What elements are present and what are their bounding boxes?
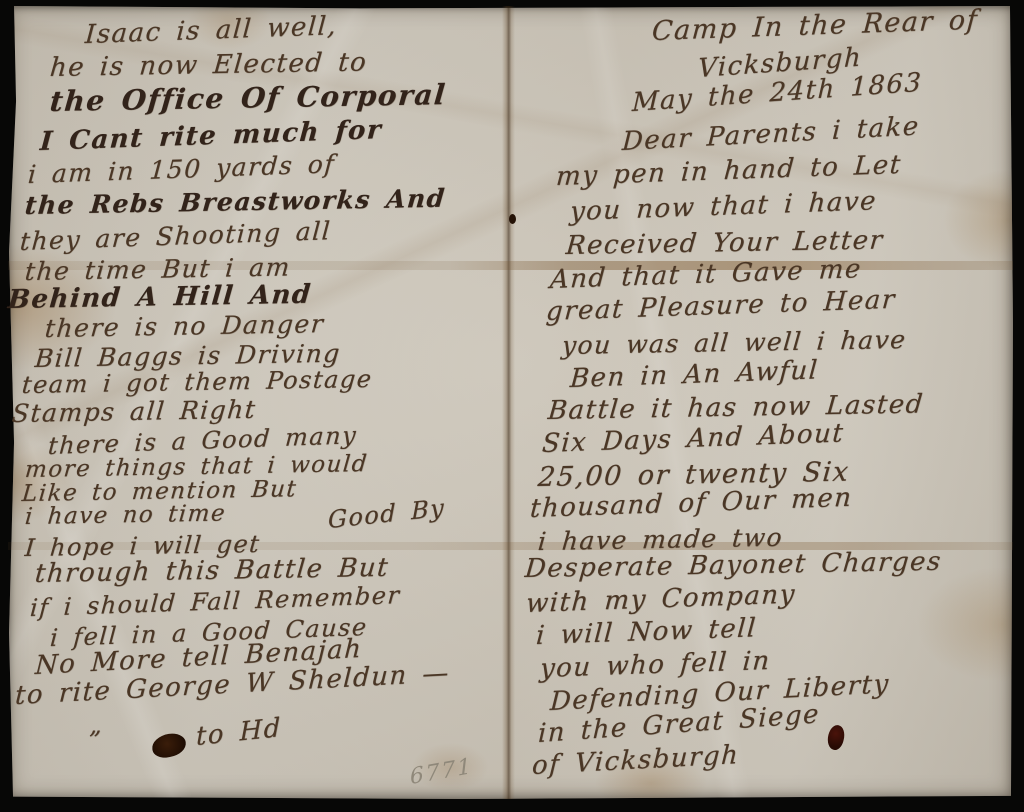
handwriting-line: you was all well i have (561, 325, 908, 360)
scanned-letter-photo: Isaac is all well, he is now Elected to … (0, 0, 1024, 812)
handwriting-line: the Office Of Corporal (49, 78, 448, 118)
handwriting-line: Stamps all Right (11, 395, 258, 428)
ditto-mark: ” (87, 726, 104, 754)
handwriting-line: he is now Elected to (49, 47, 369, 83)
handwriting-line: i have no time (24, 500, 227, 530)
handwriting-line: there is no Danger (44, 309, 326, 343)
